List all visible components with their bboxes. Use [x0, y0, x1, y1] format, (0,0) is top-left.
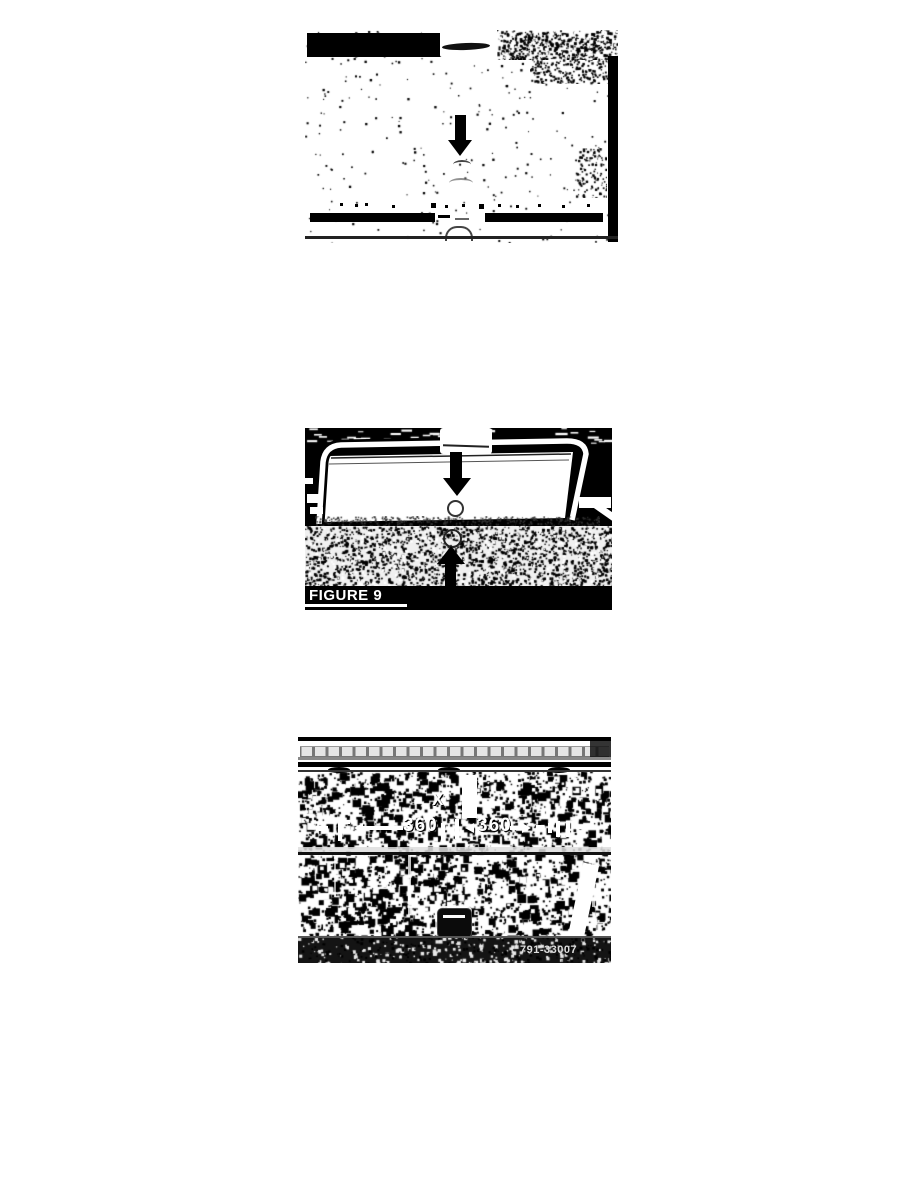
dim-mark: [536, 825, 544, 829]
right-arrowhead-icon: [522, 823, 531, 833]
corner-shadow: [590, 741, 611, 757]
photo-noise-texture: [573, 148, 607, 198]
figure-photo-middle: FIGURE 9: [305, 428, 612, 610]
dark-seam-left: [310, 213, 435, 222]
caption-underline: [305, 604, 407, 607]
dim-mark: [548, 823, 552, 833]
dimension-annotation: 360 360: [298, 817, 611, 847]
hinge-knob: [307, 494, 323, 503]
photo-noise-texture: [497, 30, 618, 60]
lid-latch-tab: [440, 428, 492, 454]
photo-id-number: 791-33007: [520, 944, 577, 956]
seam-dash: [455, 218, 469, 220]
left-arrowhead-icon: [465, 823, 474, 833]
x-mark-label: X: [432, 790, 443, 810]
latch-hole: [447, 500, 464, 517]
down-arrow-head-icon: [448, 140, 472, 156]
dark-cover-edge: [307, 33, 450, 57]
latch-plate-slot: [443, 915, 465, 918]
down-arrow-icon: [455, 115, 466, 141]
chain-strip: [300, 746, 609, 757]
dim-line: [510, 826, 522, 830]
dim-value-right: 360: [477, 815, 512, 837]
photo-bottom-edge: [305, 236, 618, 239]
rail-line-dark: [298, 762, 611, 767]
floor-rib: [334, 857, 336, 897]
left-arrowhead-icon: [354, 823, 363, 833]
band-top-line: [298, 936, 611, 938]
floor-edge-line: [298, 852, 611, 855]
figure-photo-top: [305, 30, 618, 243]
rail-line-thin: [298, 770, 611, 772]
dim-tick: [566, 821, 570, 837]
rail-line: [298, 757, 611, 760]
photo-top-edge: [298, 737, 611, 741]
dark-right-edge: [608, 56, 618, 242]
down-arrow-head-icon: [443, 478, 471, 496]
down-arrow-icon: [450, 452, 462, 478]
dim-tick: [441, 823, 445, 841]
figure-photo-bottom: X 360 360: [298, 737, 611, 963]
scanned-manual-page: FIGURE 9 X 360 360: [0, 0, 918, 1188]
latch-detail-arc: [453, 160, 471, 169]
seam-dash: [438, 215, 450, 218]
dim-tick: [455, 819, 459, 839]
latch-detail-arc: [449, 178, 473, 188]
hinge-knob: [305, 478, 313, 484]
latch-plate: [437, 908, 472, 938]
hinge-knob: [310, 507, 323, 514]
dim-mark: [316, 826, 328, 831]
dark-seam-right: [485, 213, 603, 222]
rivet-dot-row: [340, 203, 343, 206]
photo-noise-texture: [530, 58, 618, 84]
figure-caption: FIGURE 9: [309, 587, 382, 604]
dim-tick-nub: [338, 820, 350, 824]
dim-tick: [556, 821, 560, 837]
dim-line: [363, 826, 403, 830]
dim-mark: [576, 825, 584, 829]
dim-value-left: 360: [403, 815, 438, 837]
white-callout-bar-icon: [462, 775, 477, 818]
up-arrow-head-icon: [437, 546, 465, 564]
floor-rib: [408, 855, 411, 915]
